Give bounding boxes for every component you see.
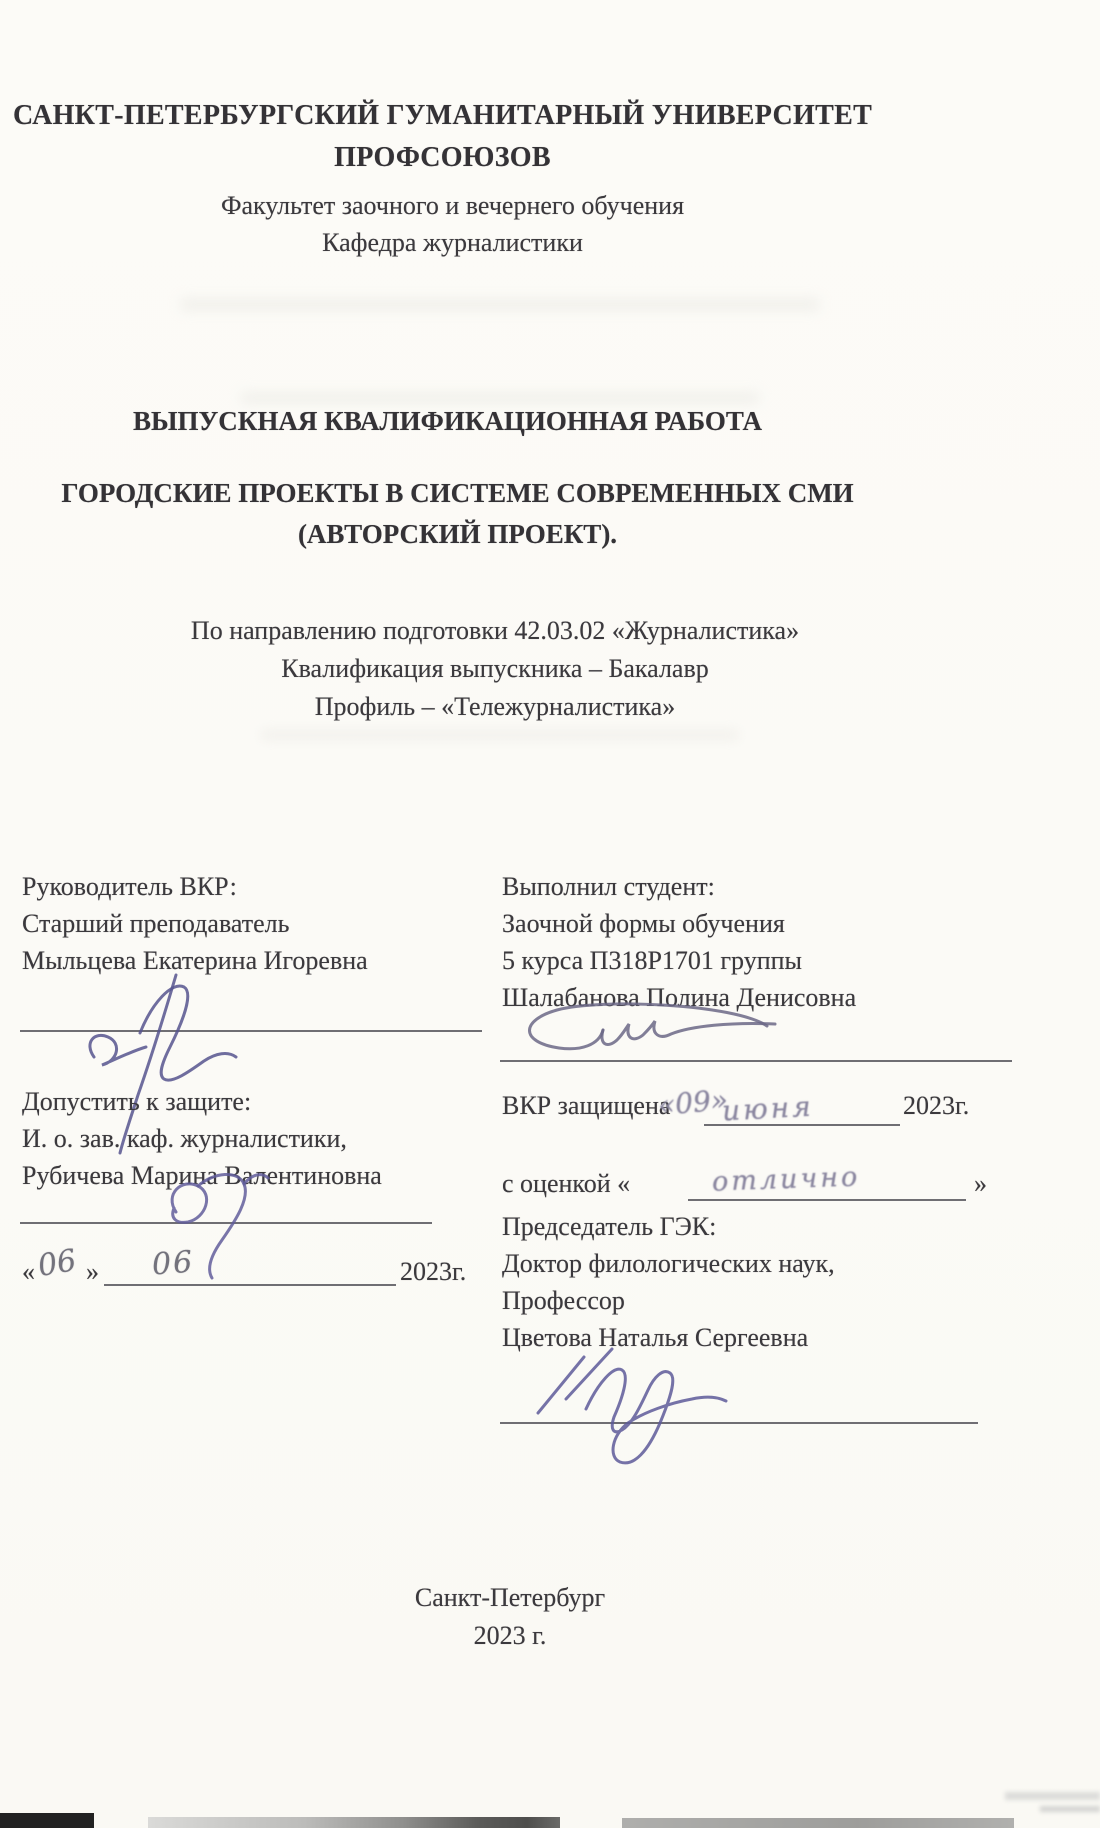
student-signature xyxy=(505,990,785,1075)
bleedthrough-smudge xyxy=(180,298,820,311)
bleedthrough-smudge xyxy=(260,730,740,740)
footer-year: 2023 г. xyxy=(60,1621,960,1651)
grade-line xyxy=(688,1199,966,1201)
defense-year: 2023г. xyxy=(903,1091,969,1121)
scan-artifact-black-block xyxy=(0,1813,94,1828)
thesis-title-line1: ГОРОДСКИЕ ПРОЕКТЫ В СИСТЕМЕ СОВРЕМЕННЫХ … xyxy=(0,478,915,509)
supervisor-label: Руководитель ВКР: xyxy=(22,872,237,902)
committee-signature xyxy=(520,1335,760,1470)
scan-artifact-smudge xyxy=(1005,1792,1100,1800)
work-type-title: ВЫПУСКНАЯ КВАЛИФИКАЦИОННАЯ РАБОТА xyxy=(0,406,895,437)
student-group: 5 курса П318Р1701 группы xyxy=(502,946,802,976)
defense-handwritten-day: «09» xyxy=(657,1083,730,1122)
university-name-line1: САНКТ-ПЕТЕРБУРГСКИЙ ГУМАНИТАРНЫЙ УНИВЕРС… xyxy=(0,100,885,132)
profile: Профиль – «Тележурналистика» xyxy=(40,692,950,722)
handwritten-grade: отлично xyxy=(712,1161,861,1197)
committee-degree: Доктор филологических наук, xyxy=(502,1249,835,1279)
committee-title: Профессор xyxy=(502,1286,625,1316)
admission-year: 2023г. xyxy=(400,1257,466,1287)
handwritten-month: 06 xyxy=(151,1245,196,1283)
date-quote-close: » xyxy=(86,1257,99,1287)
admission-label: Допустить к защите: xyxy=(22,1087,251,1117)
handwritten-day: 06 xyxy=(35,1243,79,1284)
grade-quote-close: » xyxy=(974,1169,987,1199)
university-name-line2: ПРОФСОЮЗОВ xyxy=(0,142,885,174)
defense-prefix: ВКР защищена xyxy=(502,1091,670,1121)
program-direction: По направлению подготовки 42.03.02 «Журн… xyxy=(40,616,950,646)
faculty-name: Факультет заочного и вечернего обучения xyxy=(0,191,905,221)
qualification: Квалификация выпускника – Бакалавр xyxy=(40,654,950,684)
admission-position: И. о. зав. каф. журналистики, xyxy=(22,1124,347,1154)
committee-label: Председатель ГЭК: xyxy=(502,1212,716,1242)
grade-prefix: с оценкой « xyxy=(502,1169,630,1199)
scanned-thesis-title-page: САНКТ-ПЕТЕРБУРГСКИЙ ГУМАНИТАРНЫЙ УНИВЕРС… xyxy=(0,0,1100,1828)
scan-artifact-bar xyxy=(622,1818,1014,1828)
student-label: Выполнил студент: xyxy=(502,872,715,902)
department-name: Кафедра журналистики xyxy=(0,228,905,258)
student-study-form: Заочной формы обучения xyxy=(502,909,785,939)
scan-artifact-bar xyxy=(148,1817,560,1828)
defense-handwritten-month: июня xyxy=(721,1090,814,1128)
thesis-title-line2: (АВТОРСКИЙ ПРОЕКТ). xyxy=(0,519,915,550)
date-month-line xyxy=(104,1284,396,1286)
scan-artifact-smudge xyxy=(1040,1806,1100,1812)
footer-city: Санкт-Петербург xyxy=(60,1583,960,1613)
bleedthrough-smudge xyxy=(240,392,760,404)
supervisor-position: Старший преподаватель xyxy=(22,909,290,939)
date-quote-open: « xyxy=(22,1257,35,1287)
